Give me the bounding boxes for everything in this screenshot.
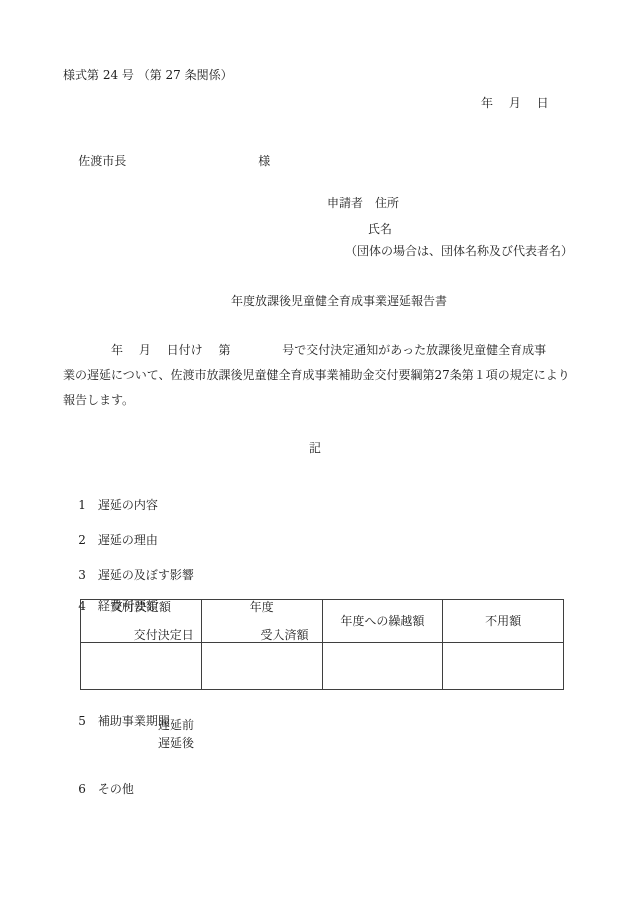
header-carryover: 年度への繰越額 (322, 600, 443, 643)
item-1-number: 1 (78, 498, 86, 512)
cell-unused (443, 643, 564, 690)
header-fiscal-year-received: 年度 受入済額 (201, 600, 322, 643)
item-5-number: 5 (78, 714, 86, 728)
item-6-other: 6その他 (63, 768, 134, 810)
period-before-delay-label: 遅延前 (158, 718, 194, 732)
cell-carryover (322, 643, 443, 690)
applicant-address-label: 申請者 住所 (327, 196, 399, 210)
item-2-label: 遅延の理由 (98, 533, 158, 547)
body-paragraph-line-3: 報告します。 (63, 393, 134, 407)
header-unused-label: 不用額 (485, 614, 521, 628)
addressee-honorific: 様 (258, 154, 270, 168)
header-carryover-label: 年度への繰越額 (340, 614, 424, 628)
item-6-label: その他 (98, 782, 134, 796)
header-fiscal-year-label: 年度 (250, 600, 274, 614)
item-2-number: 2 (78, 533, 86, 547)
header-grant-decision: 交付決定額 交付決定日 (81, 600, 202, 643)
header-grant-amount-label: 交付決定額 (111, 600, 171, 614)
expense-table: 交付決定額 交付決定日 年度 受入済額 年度への繰越額 不用額 (80, 599, 564, 690)
body-paragraph-line-2: 業の遅延について、佐渡市放課後児童健全育成事業補助金交付要綱第27条第１項の規定… (63, 368, 570, 382)
item-5-subsidy-period: 5補助事業期間 (63, 700, 170, 742)
addressee-name: 佐渡市長 (78, 154, 126, 168)
item-1-label: 遅延の内容 (98, 498, 158, 512)
header-received-amount-label: 受入済額 (261, 628, 309, 642)
addressee-line: 佐渡市長様 (63, 140, 270, 182)
applicant-name-label: 氏名 (368, 222, 392, 236)
applicant-org-note: （団体の場合は、団体名称及び代表者名） (345, 244, 573, 258)
cell-received-amount (201, 643, 322, 690)
form-page: 様式第 24 号 （第 27 条関係） 年 月 日 佐渡市長様 申請者 住所 氏… (0, 0, 630, 903)
item-6-number: 6 (78, 782, 86, 796)
expense-table-header-row: 交付決定額 交付決定日 年度 受入済額 年度への繰越額 不用額 (81, 600, 564, 643)
item-3-label: 遅延の及ぼす影響 (98, 568, 194, 582)
cell-grant-decision (81, 643, 202, 690)
header-grant-date-label: 交付決定日 (134, 628, 194, 642)
ki-marker: 記 (0, 441, 630, 455)
date-line: 年 月 日 (481, 96, 549, 110)
period-after-delay-label: 遅延後 (158, 736, 194, 750)
expense-table-empty-row (81, 643, 564, 690)
body-paragraph-line-1: 年 月 日付け 第 号で交付決定通知があった放課後児童健全育成事 (63, 343, 546, 357)
form-number: 様式第 24 号 （第 27 条関係） (63, 68, 233, 82)
header-unused: 不用額 (443, 600, 564, 643)
item-3-number: 3 (78, 568, 86, 582)
document-title: 年度放課後児童健全育成事業遅延報告書 (231, 294, 447, 308)
